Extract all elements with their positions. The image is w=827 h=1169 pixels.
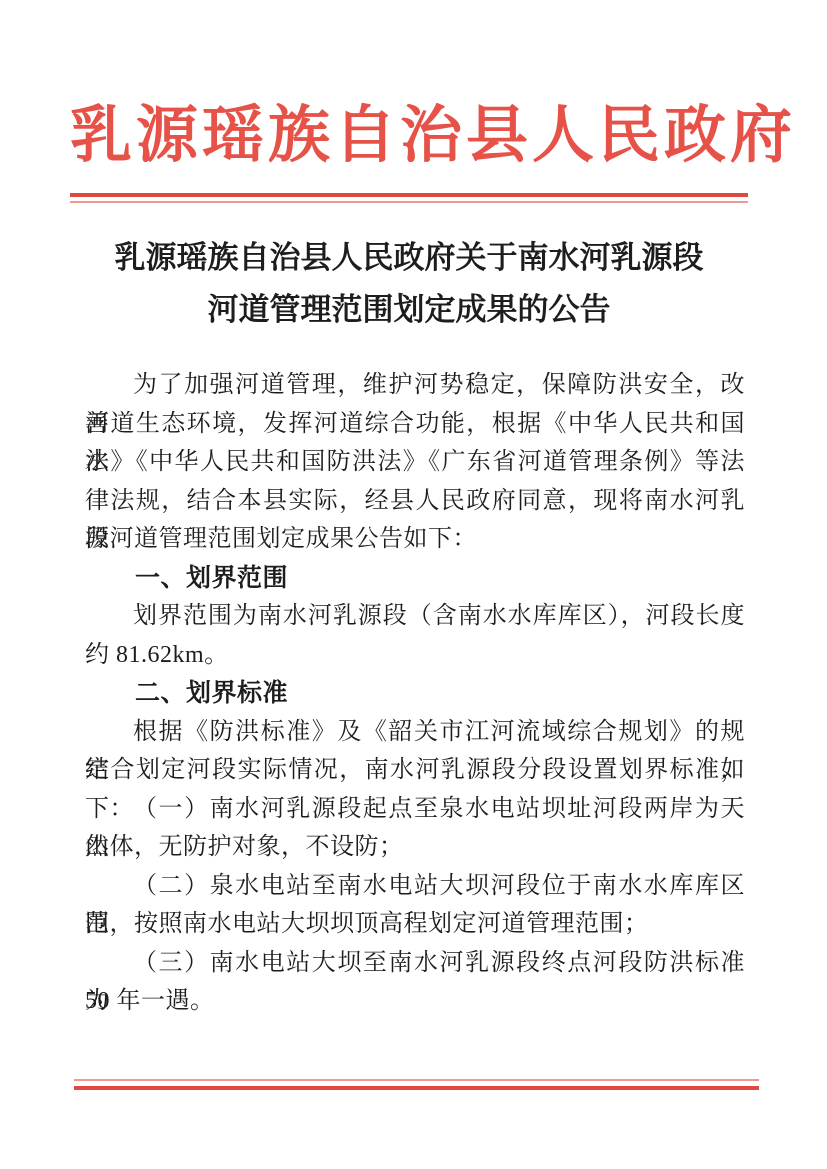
body-line: （二）泉水电站至南水电站大坝河段位于南水水库库区范 xyxy=(85,867,745,906)
body-line: 50 年一遇。 xyxy=(85,982,745,1021)
document-page: 乳源瑶族自治县人民政府 乳源瑶族自治县人民政府关于南水河乳源段 河道管理范围划定… xyxy=(0,0,827,1169)
body-line: 段河道管理范围划定成果公告如下： xyxy=(85,520,745,559)
document-title-line-2: 河道管理范围划定成果的公告 xyxy=(70,284,748,336)
body-line: （一）南水河乳源段起点至泉水电站坝址河段两岸为天然 xyxy=(85,790,745,829)
body-line: 划界范围为南水河乳源段（含南水水库库区），河段长度 xyxy=(85,597,745,636)
section-heading: 二、划界标准 xyxy=(85,674,745,713)
body-line: 为了加强河道管理，维护河势稳定，保障防洪安全，改善 xyxy=(85,366,745,405)
body-line: 根据《防洪标准》及《韶关市江河流域综合规划》的规定， xyxy=(85,713,745,752)
document-title-line-1: 乳源瑶族自治县人民政府关于南水河乳源段 xyxy=(70,232,748,284)
document-body: 为了加强河道管理，维护河势稳定，保障防洪安全，改善河道生态环境，发挥河道综合功能… xyxy=(85,366,745,1021)
body-line: （三）南水电站大坝至南水河乳源段终点河段防洪标准为 xyxy=(85,944,745,983)
body-line: 围，按照南水电站大坝坝顶高程划定河道管理范围； xyxy=(85,905,745,944)
body-line: 结合划定河段实际情况，南水河乳源段分段设置划界标准如下： xyxy=(85,751,745,790)
section-heading: 一、划界范围 xyxy=(85,559,745,598)
body-line: 法》《中华人民共和国防洪法》《广东省河道管理条例》等法 xyxy=(85,443,745,482)
body-line: 河道生态环境，发挥河道综合功能，根据《中华人民共和国水 xyxy=(85,405,745,444)
body-line: 约 81.62km。 xyxy=(85,636,745,675)
letterhead-org-name: 乳源瑶族自治县人民政府 xyxy=(70,96,748,177)
document-title: 乳源瑶族自治县人民政府关于南水河乳源段 河道管理范围划定成果的公告 xyxy=(70,232,748,336)
footer-double-rule xyxy=(74,1079,759,1090)
body-line: 山体，无防护对象，不设防； xyxy=(85,828,745,867)
letterhead-double-rule xyxy=(70,193,748,203)
body-line: 律法规，结合本县实际，经县人民政府同意，现将南水河乳源 xyxy=(85,482,745,521)
